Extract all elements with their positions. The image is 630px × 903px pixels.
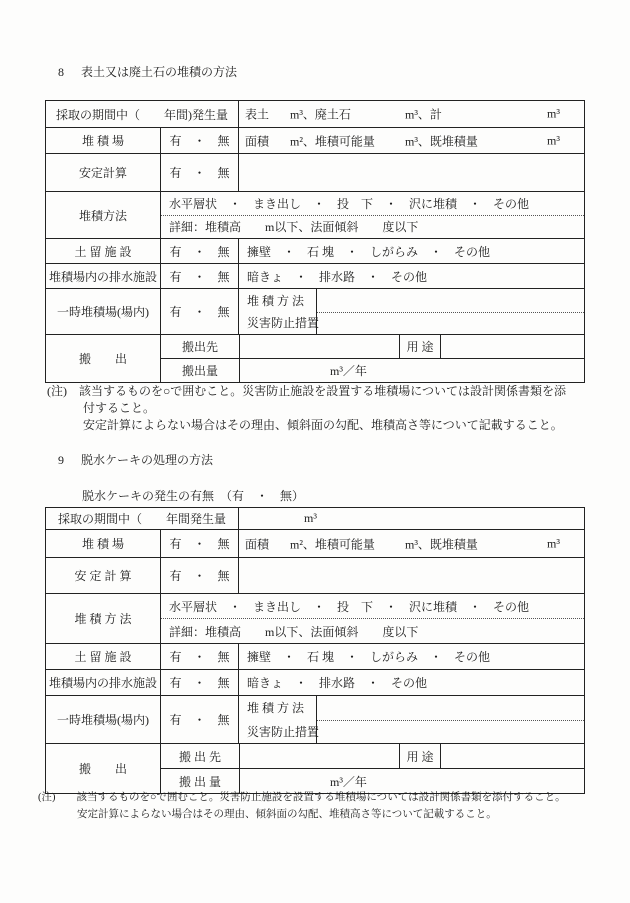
s9-volume-label: 搬 出 量: [179, 773, 221, 790]
s8-temp-prevention-field: [317, 312, 584, 335]
s8-storage-site-label-cell: 堆 積 場: [46, 128, 160, 153]
s9-temp-detail-cell: 堆 積 方 法 災害防止措置: [238, 696, 584, 743]
s8-stability-blank-cell: [238, 154, 584, 191]
s8-temp-method-subrow: 堆 積 方 法: [239, 289, 584, 312]
s8-topsoil-label: 表土: [245, 106, 269, 123]
s8-retaining-label: 土 留 施 設: [74, 243, 131, 260]
s9-storage-site-label: 堆 積 場: [82, 535, 124, 552]
s8-period-values-cell: 表土 m³、廃土石 m³、計 m³: [238, 101, 584, 127]
s9-piling-method-row: 堆 積 方 法 水平層状 ・ まき出し ・ 投 下 ・ 沢に堆積 ・ その他 詳…: [46, 593, 584, 643]
s8-period-label-cell: 採取の期間中（ 年間)発生量: [46, 101, 238, 127]
s8-total-label: m³、計: [405, 106, 442, 123]
s9-stability-label: 安 定 計 算: [74, 567, 131, 584]
s8-carryout-label: 搬 出: [79, 350, 127, 367]
s8-existing-label: m³、既堆積量: [405, 132, 478, 149]
s8-drainage-label-cell: 堆積場内の排水施設: [46, 264, 160, 288]
section-9-heading: 9 脱水ケーキの処理の方法: [58, 451, 213, 468]
s9-storage-site-values-cell: 面積 m²、堆積可能量 m³、既堆積量 m³: [238, 530, 584, 557]
s9-retaining-label-cell: 土 留 施 設: [46, 644, 160, 669]
s8-waste-rock-label: m³、廃土石: [290, 106, 351, 123]
s8-volume-field: m³／年: [239, 359, 584, 382]
s9-occurrence-text: 脱水ケーキの発生の有無 （有 ・ 無）: [82, 489, 304, 503]
s9-carryout-detail: 搬 出 先 用 途 搬 出 量 m³／年: [160, 744, 584, 793]
s8-temp-method-field: [317, 289, 584, 312]
s9-existing-label: m³、既堆積量: [405, 535, 478, 552]
s8-temp-yes-no: 有 ・ 無: [169, 303, 229, 320]
s9-retaining-label: 土 留 施 設: [74, 648, 131, 665]
s9-temp-method-field: [317, 696, 584, 720]
s9-piling-options-text: 水平層状 ・ まき出し ・ 投 下 ・ 沢に堆積 ・ その他: [169, 594, 529, 618]
s9-drainage-label: 堆積場内の排水施設: [49, 674, 157, 691]
s9-period-output-row: 採取の期間中（ 年間発生量 m³: [46, 508, 584, 529]
s8-period-label: 採取の期間中（ 年間)発生量: [56, 106, 228, 123]
s8-retaining-toggle-cell: 有 ・ 無: [160, 239, 238, 263]
s9-carryout-dest-subrow: 搬 出 先 用 途: [161, 744, 584, 768]
s9-earth-retaining-row: 土 留 施 設 有 ・ 無 擁壁 ・ 石 塊 ・ しがらみ ・ その他: [46, 643, 584, 669]
s9-temp-yes-no: 有 ・ 無: [169, 711, 229, 728]
s9-piling-detail: 詳細：堆積高 m以下、法面傾斜 度以下: [161, 618, 584, 643]
s8-stability-label-cell: 安定計算: [46, 154, 160, 191]
s9-drainage-toggle-cell: 有 ・ 無: [160, 670, 238, 695]
s8-carryout-volume-subrow: 搬出量 m³／年: [161, 358, 584, 382]
s9-piling-detail-text: 詳細：堆積高 m以下、法面傾斜 度以下: [169, 619, 418, 643]
s8-use-field: [440, 335, 584, 358]
s8-capacity-label: m²、堆積可能量: [290, 132, 375, 149]
s8-use-label-cell: 用 途: [399, 335, 440, 358]
s8-dest-field: [239, 335, 399, 358]
section-9-title: 脱水ケーキの処理の方法: [81, 451, 213, 468]
s8-temp-label-cell: 一時堆積場(場内): [46, 289, 160, 334]
document-page: 8 表土又は廃土石の堆積の方法 採取の期間中（ 年間)発生量 表土 m³、廃土石…: [0, 0, 630, 903]
s8-storage-site-yes-no: 有 ・ 無: [169, 132, 229, 149]
s9-drainage-options-cell: 暗きょ ・ 排水路 ・ その他: [238, 670, 584, 695]
s9-temp-label: 一時堆積場(場内): [57, 711, 149, 728]
s8-piling-label: 堆積方法: [79, 207, 127, 224]
s8-drainage-toggle-cell: 有 ・ 無: [160, 264, 238, 288]
s9-period-value-cell: m³: [238, 508, 584, 529]
s9-drainage-options: 暗きょ ・ 排水路 ・ その他: [247, 674, 427, 691]
s9-carryout-label-cell: 搬 出: [46, 744, 160, 793]
s8-area-label: 面積: [245, 132, 269, 149]
s8-drainage-options-cell: 暗きょ ・ 排水路 ・ その他: [238, 264, 584, 288]
s8-carryout-label-cell: 搬 出: [46, 335, 160, 382]
s9-stability-label-cell: 安 定 計 算: [46, 558, 160, 593]
s8-retaining-label-cell: 土 留 施 設: [46, 239, 160, 263]
s8-volume-label-cell: 搬出量: [161, 359, 239, 382]
s8-storage-site-toggle-cell: 有 ・ 無: [160, 128, 238, 153]
s8-temp-toggle-cell: 有 ・ 無: [160, 289, 238, 334]
s9-stability-blank-cell: [238, 558, 584, 593]
s9-use-label: 用 途: [406, 748, 433, 765]
s8-piling-label-cell: 堆積方法: [46, 192, 160, 238]
s8-piling-options-cell: 水平層状 ・ まき出し ・ 投 下 ・ 沢に堆積 ・ その他 詳細：堆積高 m以…: [160, 192, 584, 238]
s8-dest-label-cell: 搬出先: [161, 335, 239, 358]
s8-piling-detail: 詳細：堆積高 m以下、法面傾斜 度以下: [161, 215, 584, 239]
s8-stability-label: 安定計算: [79, 164, 127, 181]
section-9-number: 9: [58, 453, 64, 468]
s8-piling-method-row: 堆積方法 水平層状 ・ まき出し ・ 投 下 ・ 沢に堆積 ・ その他 詳細：堆…: [46, 191, 584, 238]
s8-carryout-detail: 搬出先 用 途 搬出量 m³／年: [160, 335, 584, 382]
s8-temp-method-label: 堆 積 方 法: [239, 289, 317, 312]
s8-stability-yes-no: 有 ・ 無: [169, 164, 229, 181]
s9-capacity-label: m²、堆積可能量: [290, 535, 375, 552]
section-9-note: (注) 該当するものを○で囲むこと。災害防止施設を設置する堆積場については設計関…: [38, 789, 566, 823]
s9-volume-unit: m³／年: [330, 773, 367, 790]
s9-note-line1: (注) 該当するものを○で囲むこと。災害防止施設を設置する堆積場については設計関…: [38, 789, 566, 806]
s9-period-label: 採取の期間中（ 年間発生量: [58, 510, 226, 527]
s8-temp-label: 一時堆積場(場内): [57, 303, 149, 320]
s8-stability-calc-row: 安定計算 有 ・ 無: [46, 153, 584, 191]
s8-stability-toggle-cell: 有 ・ 無: [160, 154, 238, 191]
s8-note-line1: (注) 該当するものを○で囲むこと。災害防止施設を設置する堆積場については設計関…: [47, 383, 566, 400]
s9-storage-site-yes-no: 有 ・ 無: [169, 535, 229, 552]
s8-retaining-options: 擁壁 ・ 石 塊 ・ しがらみ ・ その他: [247, 243, 490, 260]
s8-piling-options: 水平層状 ・ まき出し ・ 投 下 ・ 沢に堆積 ・ その他: [161, 192, 584, 215]
section-9-table: 採取の期間中（ 年間発生量 m³ 堆 積 場 有 ・ 無 面積 m²、堆積可能量…: [45, 507, 585, 794]
s9-dest-label-cell: 搬 出 先: [161, 744, 239, 768]
s9-temp-method-label: 堆 積 方 法: [239, 696, 317, 720]
s9-retaining-yes-no: 有 ・ 無: [169, 648, 229, 665]
s9-piling-options: 水平層状 ・ まき出し ・ 投 下 ・ 沢に堆積 ・ その他: [161, 594, 584, 618]
s8-retaining-options-cell: 擁壁 ・ 石 塊 ・ しがらみ ・ その他: [238, 239, 584, 263]
s8-drainage-label: 堆積場内の排水施設: [49, 268, 157, 285]
s9-storage-site-label-cell: 堆 積 場: [46, 530, 160, 557]
s9-temp-prevention-label: 災害防止措置: [239, 720, 317, 744]
s9-stability-toggle-cell: 有 ・ 無: [160, 558, 238, 593]
s9-piling-options-cell: 水平層状 ・ まき出し ・ 投 下 ・ 沢に堆積 ・ その他 詳細：堆積高 m以…: [160, 594, 584, 643]
s9-dest-field: [239, 744, 399, 768]
s8-volume-label: 搬出量: [182, 362, 218, 379]
s8-note-line3: 安定計算によらない場合はその理由、傾斜面の勾配、堆積高さ等について記載すること。: [83, 417, 566, 434]
s9-carryout-label: 搬 出: [79, 760, 127, 777]
s8-period-output-row: 採取の期間中（ 年間)発生量 表土 m³、廃土石 m³、計 m³: [46, 101, 584, 127]
section-8-note: (注) 該当するものを○で囲むこと。災害防止施設を設置する堆積場については設計関…: [47, 383, 566, 434]
s9-retaining-options-cell: 擁壁 ・ 石 塊 ・ しがらみ ・ その他: [238, 644, 584, 669]
s8-storage-site-values-cell: 面積 m²、堆積可能量 m³、既堆積量 m³: [238, 128, 584, 153]
s8-volume-unit: m³／年: [330, 362, 367, 379]
s9-drainage-row: 堆積場内の排水施設 有 ・ 無 暗きょ ・ 排水路 ・ その他: [46, 669, 584, 695]
s9-retaining-options: 擁壁 ・ 石 塊 ・ しがらみ ・ その他: [247, 648, 490, 665]
s8-retaining-yes-no: 有 ・ 無: [169, 243, 229, 260]
s8-temp-prevention-label: 災害防止措置: [239, 312, 317, 335]
s9-temporary-storage-row: 一時堆積場(場内) 有 ・ 無 堆 積 方 法 災害防止措置: [46, 695, 584, 743]
s8-storage-site-row: 堆 積 場 有 ・ 無 面積 m²、堆積可能量 m³、既堆積量 m³: [46, 127, 584, 153]
s8-drainage-row: 堆積場内の排水施設 有 ・ 無 暗きょ ・ 排水路 ・ その他: [46, 263, 584, 288]
s9-period-label-cell: 採取の期間中（ 年間発生量: [46, 508, 238, 529]
s9-dest-label: 搬 出 先: [179, 748, 221, 765]
section-8-number: 8: [58, 65, 64, 80]
s9-drainage-label-cell: 堆積場内の排水施設: [46, 670, 160, 695]
s9-piling-label: 堆 積 方 法: [74, 610, 131, 627]
s9-temp-method-subrow: 堆 積 方 法: [239, 696, 584, 720]
s9-period-unit: m³: [304, 511, 317, 526]
s8-temporary-storage-row: 一時堆積場(場内) 有 ・ 無 堆 積 方 法 災害防止措置: [46, 288, 584, 334]
s8-carryout-dest-subrow: 搬出先 用 途: [161, 335, 584, 358]
section-9-occurrence-line: 脱水ケーキの発生の有無 （有 ・ 無）: [82, 487, 304, 504]
s9-note-line2: 安定計算によらない場合はその理由、傾斜面の勾配、堆積高さ等について記載すること。: [77, 806, 566, 823]
s8-piling-detail-text: 詳細：堆積高 m以下、法面傾斜 度以下: [169, 216, 418, 239]
section-8-title: 表土又は廃土石の堆積の方法: [81, 63, 237, 80]
s8-piling-options-text: 水平層状 ・ まき出し ・ 投 下 ・ 沢に堆積 ・ その他: [169, 192, 529, 215]
s8-dest-label: 搬出先: [182, 338, 218, 355]
s8-earth-retaining-row: 土 留 施 設 有 ・ 無 擁壁 ・ 石 塊 ・ しがらみ ・ その他: [46, 238, 584, 263]
s9-drainage-yes-no: 有 ・ 無: [169, 674, 229, 691]
s8-total-unit: m³: [547, 107, 560, 122]
s9-use-label-cell: 用 途: [399, 744, 440, 768]
s9-storage-site-row: 堆 積 場 有 ・ 無 面積 m²、堆積可能量 m³、既堆積量 m³: [46, 529, 584, 557]
s9-use-field: [440, 744, 584, 768]
s8-existing-unit: m³: [547, 133, 560, 148]
s9-carry-out-row: 搬 出 搬 出 先 用 途 搬 出 量 m³／年: [46, 743, 584, 793]
s8-use-label: 用 途: [406, 338, 433, 355]
s9-area-label: 面積: [245, 535, 269, 552]
s9-stability-yes-no: 有 ・ 無: [169, 567, 229, 584]
s8-storage-site-label: 堆 積 場: [82, 132, 124, 149]
section-8-table: 採取の期間中（ 年間)発生量 表土 m³、廃土石 m³、計 m³ 堆 積 場 有…: [45, 100, 585, 383]
s8-temp-prevention-subrow: 災害防止措置: [239, 312, 584, 335]
s8-drainage-yes-no: 有 ・ 無: [169, 268, 229, 285]
s9-existing-unit: m³: [547, 536, 560, 551]
s9-temp-prevention-subrow: 災害防止措置: [239, 720, 584, 744]
s9-storage-site-toggle-cell: 有 ・ 無: [160, 530, 238, 557]
s8-carry-out-row: 搬 出 搬出先 用 途 搬出量 m³／年: [46, 334, 584, 382]
section-8-heading: 8 表土又は廃土石の堆積の方法: [58, 63, 237, 80]
s9-temp-prevention-field: [317, 720, 584, 744]
s9-stability-calc-row: 安 定 計 算 有 ・ 無: [46, 557, 584, 593]
s8-note-line2: 付すること。: [83, 400, 566, 417]
s8-temp-detail-cell: 堆 積 方 法 災害防止措置: [238, 289, 584, 334]
s9-temp-label-cell: 一時堆積場(場内): [46, 696, 160, 743]
s8-drainage-options: 暗きょ ・ 排水路 ・ その他: [247, 268, 427, 285]
s9-piling-label-cell: 堆 積 方 法: [46, 594, 160, 643]
s9-temp-toggle-cell: 有 ・ 無: [160, 696, 238, 743]
s9-retaining-toggle-cell: 有 ・ 無: [160, 644, 238, 669]
